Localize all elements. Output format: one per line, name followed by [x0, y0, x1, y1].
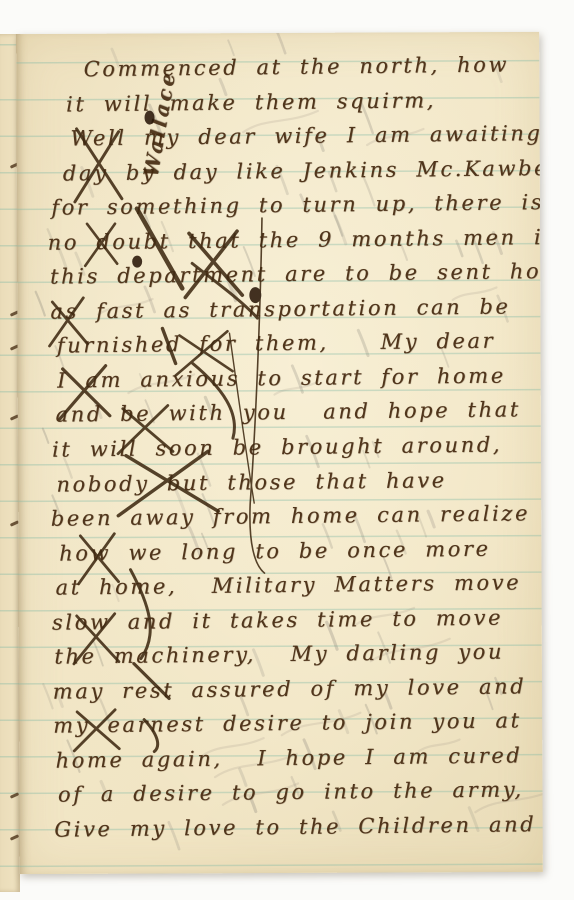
ink-flourishes — [16, 32, 543, 874]
letter-page: Commenced at the north, howit will make … — [16, 32, 543, 874]
stray-ink-mark — [10, 792, 19, 799]
scanned-letter-photo: Commenced at the north, howit will make … — [0, 0, 574, 900]
stray-ink-mark — [10, 834, 19, 841]
